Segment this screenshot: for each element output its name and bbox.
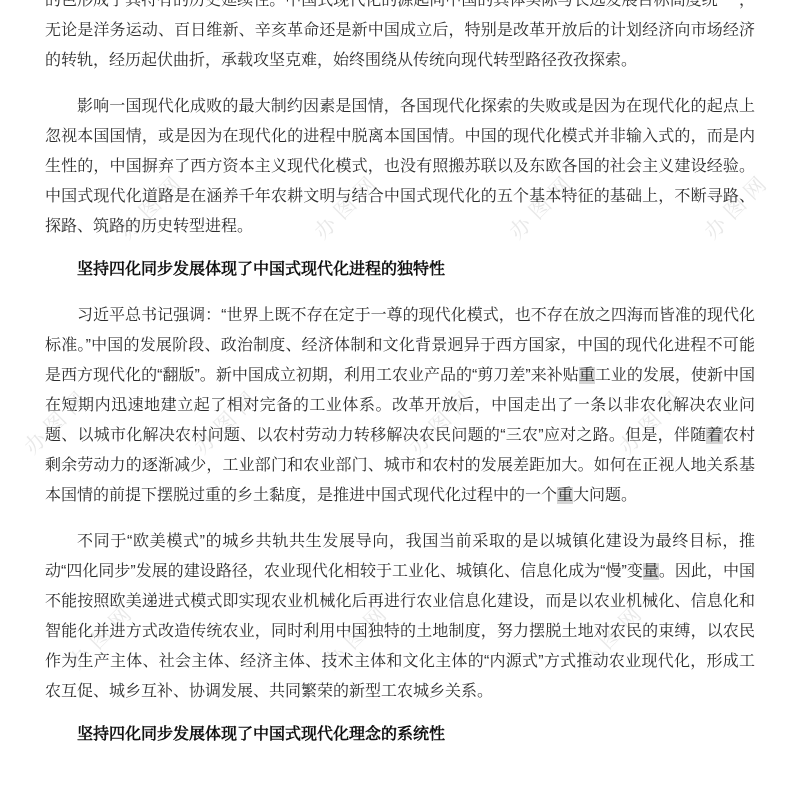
body-paragraph: 影响一国现代化成败的最大制约因素是国情，各国现代化探索的失败或是因为在现代化的起… [45,92,755,242]
highlighted-char: 着 [706,427,722,444]
section-heading: 坚持四化同步发展体现了中国式现代化进程的独特性 [45,255,755,285]
body-paragraph: 习近平总书记强调：“世界上既不存在定于一尊的现代化模式，也不存在放之四海而皆准的… [45,301,755,511]
highlighted-char: 重 [579,367,595,384]
body-paragraph: 不同于“欧美模式”的城乡共轨共生发展导向，我国当前采取的是以城镇化建设为最终目标… [45,527,755,707]
highlighted-char: 量 [643,563,659,580]
body-paragraph: 的色形成了其特有的历史延续性。中国式现代化的源起同中国的具体实际与长远发展目标高… [45,0,755,76]
document-page: 办图网办图网办图网办图网办图网办图网办图网办图网办图网办图网办图网 的色形成了其… [0,0,800,800]
section-heading: 坚持四化同步发展体现了中国式现代化理念的系统性 [45,720,755,750]
document-body: 的色形成了其特有的历史延续性。中国式现代化的源起同中国的具体实际与长远发展目标高… [0,0,800,750]
highlighted-char: 重 [557,487,573,504]
